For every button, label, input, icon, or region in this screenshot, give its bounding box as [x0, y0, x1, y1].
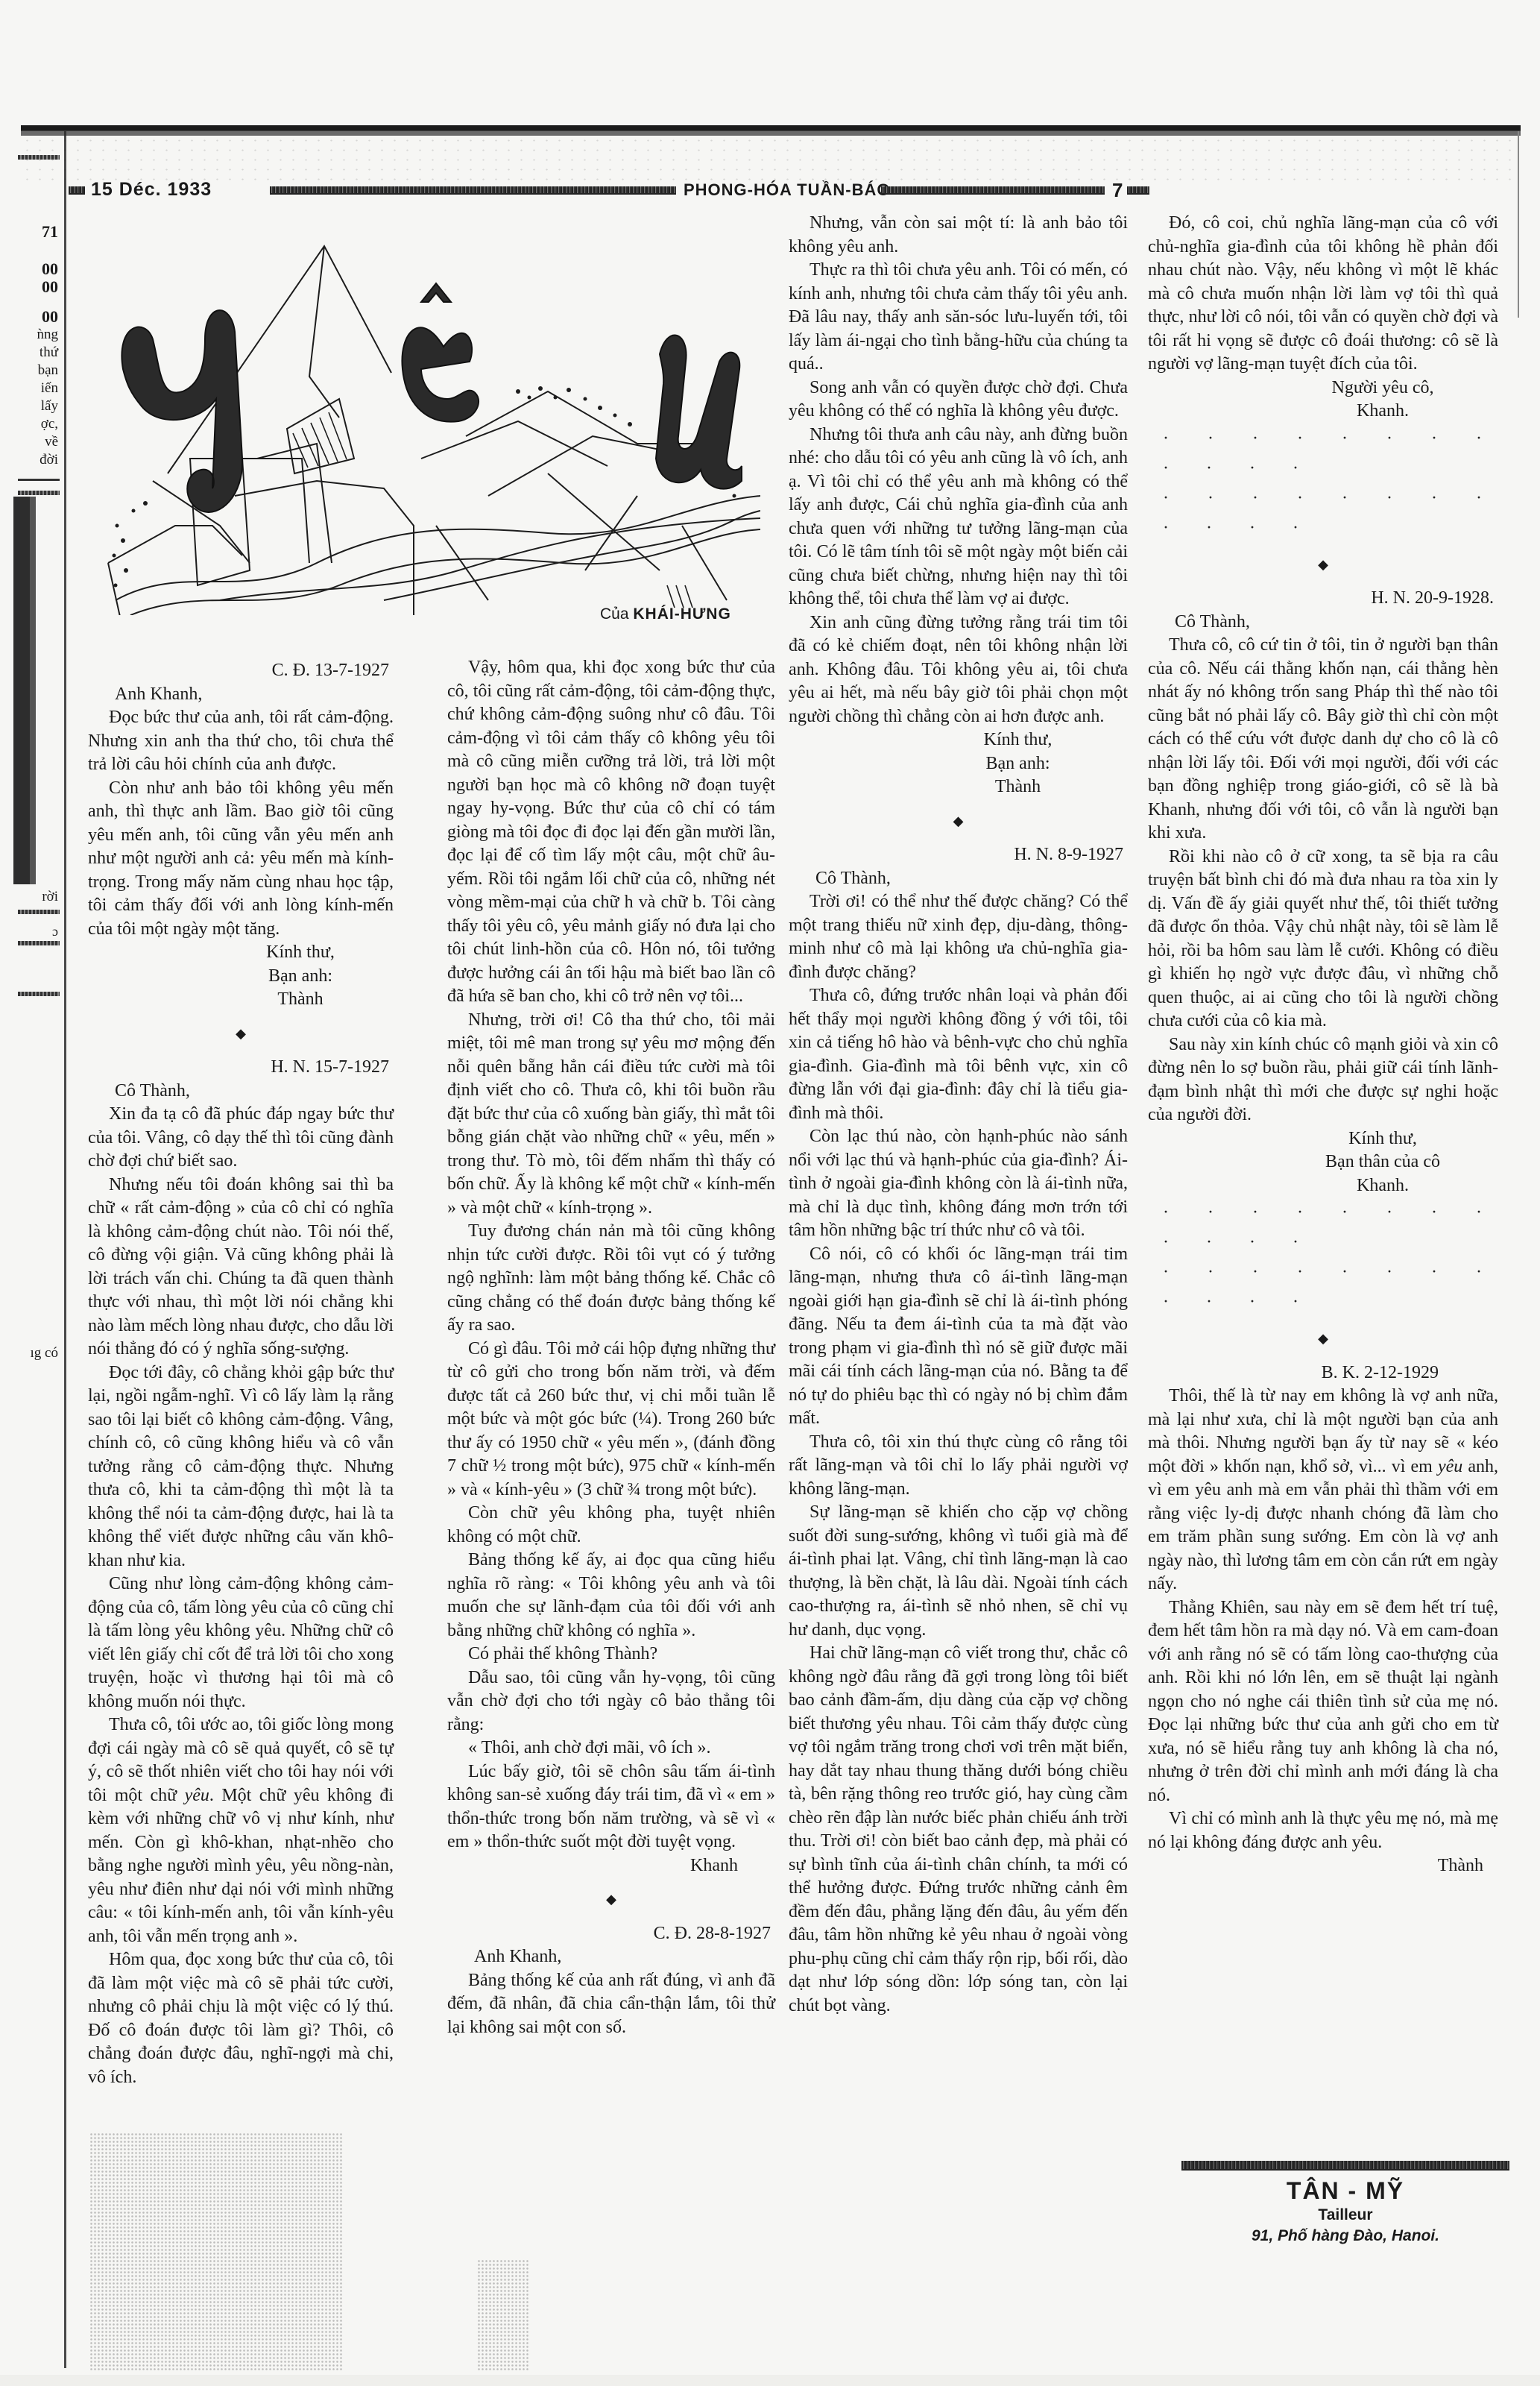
- letter-closing: Bạn thân của cô: [1148, 1150, 1498, 1174]
- ornament-separator: ◆: [447, 1888, 775, 1912]
- paragraph: Rồi khi nào cô ở cữ xong, ta sẽ bịa ra c…: [1148, 846, 1498, 1033]
- title-illustration: Yêu: [71, 213, 760, 615]
- margin-text: rời: [42, 887, 58, 907]
- page-edge: [1518, 131, 1519, 318]
- paragraph: Thằng Khiên, sau này em sẽ đem hết trí t…: [1148, 1596, 1498, 1808]
- header-rule: [1127, 186, 1149, 195]
- byline: Của KHÁI-HƯNG: [600, 605, 731, 623]
- paragraph: Sự lãng-mạn sẽ khiến cho cặp vợ chồng su…: [789, 1501, 1128, 1642]
- text-column-3: Nhưng, vẫn còn sai một tí: là anh bảo tô…: [789, 212, 1128, 2018]
- ornament-separator: ◆: [1148, 1327, 1498, 1351]
- paragraph: Còn lạc thú nào, còn hạnh-phúc nào sánh …: [789, 1125, 1128, 1243]
- paragraph: Đọc bức thư của anh, tôi rất cảm-động. N…: [88, 706, 394, 777]
- text-run: anh, vì em yêu anh mà em vẫn phải thì th…: [1148, 1457, 1498, 1594]
- letter-date: C. Đ. 28-8-1927: [447, 1922, 775, 1946]
- paragraph: Thưa cô, cô cứ tin ở tôi, tin ở người bạ…: [1148, 634, 1498, 846]
- margin-text: thứ: [40, 343, 58, 362]
- letter-signature: Thành: [1148, 1854, 1498, 1878]
- letter-signature: Khanh.: [1148, 1174, 1498, 1198]
- paragraph: Sau này xin kính chúc cô mạnh giỏi và xi…: [1148, 1033, 1498, 1127]
- paragraph: « Thôi, anh chờ đợi mãi, vô ích ».: [447, 1737, 775, 1760]
- paragraph: Có gì đâu. Tôi mở cái hộp đựng những thư…: [447, 1338, 775, 1502]
- paragraph: Thưa cô, tôi xin thú thực cùng cô rằng t…: [789, 1431, 1128, 1502]
- ad-business-name: TÂN - MỸ: [1181, 2177, 1509, 2205]
- margin-rule-mark: [18, 941, 60, 945]
- scan-shadow: [477, 2259, 529, 2371]
- adjacent-page-fragment: 71 00 00 00 ǹng thứ bạn iến lấy ợc, về đ…: [0, 112, 63, 2386]
- ellipsis-row: · · · · · · · · · · · ·: [1148, 483, 1498, 543]
- paragraph: Xin đa tạ cô đã phúc đáp ngay bức thư củ…: [88, 1103, 394, 1174]
- envelope-letters-drawing: Yêu: [71, 213, 760, 615]
- paragraph: Còn như anh bảo tôi không yêu mến anh, t…: [88, 777, 394, 942]
- paragraph: Cô nói, cô có khối óc lãng-mạn trái tim …: [789, 1243, 1128, 1431]
- letter-closing: Kính thư,: [88, 941, 394, 965]
- paragraph: Vậy, hôm qua, khi đọc xong bức thư của c…: [447, 656, 775, 1009]
- letter-signature: Khanh: [447, 1854, 775, 1878]
- margin-rule-mark: [18, 155, 60, 160]
- paragraph: Nhưng nếu tôi đoán không sai thì ba chữ …: [88, 1174, 394, 1362]
- letter-date: C. Đ. 13-7-1927: [88, 659, 394, 683]
- margin-text: bạn: [38, 361, 58, 380]
- author-name: KHÁI-HƯNG: [633, 605, 730, 623]
- letter-date: H. N. 8-9-1927: [789, 843, 1128, 867]
- margin-rule-mark: [18, 910, 60, 914]
- paragraph: Dẫu sao, tôi cũng vẫn hy-vọng, tôi cũng …: [447, 1666, 775, 1737]
- text-column-2: Vậy, hôm qua, khi đọc xong bức thư của c…: [447, 656, 775, 2039]
- ornament-separator: ◆: [1148, 553, 1498, 577]
- header-rule: [881, 186, 1105, 195]
- ad-trade: Tailleur: [1181, 2206, 1509, 2224]
- paragraph: Thưa cô, tôi ước ao, tôi giốc lòng mong …: [88, 1713, 394, 1948]
- ad-rule: [1181, 2161, 1509, 2171]
- paragraph: Xin anh cũng đừng tưởng rằng trái tim tô…: [789, 611, 1128, 729]
- paragraph: Hôm qua, đọc xong bức thư của cô, tôi đã…: [88, 1948, 394, 2089]
- page-number: 7: [1112, 179, 1123, 202]
- paragraph: Tuy đương chán nản mà tôi cũng không nhị…: [447, 1220, 775, 1338]
- margin-text: 00: [42, 259, 58, 279]
- letter-closing: Kính thư,: [1148, 1127, 1498, 1151]
- paragraph: Bảng thống kế của anh rất đúng, vì anh đ…: [447, 1969, 775, 2040]
- letter-closing: Kính thư,: [789, 728, 1128, 752]
- letter-salutation: Cô Thành,: [88, 1080, 394, 1104]
- letter-closing: Bạn anh:: [88, 965, 394, 989]
- emphasis: yêu: [1438, 1457, 1462, 1476]
- ellipsis-row: · · · · · · · · · · · ·: [1148, 1197, 1498, 1257]
- paragraph: Song anh vẫn có quyền được chờ đợi. Chưa…: [789, 377, 1128, 424]
- margin-text: 00: [42, 277, 58, 297]
- letter-salutation: Cô Thành,: [789, 867, 1128, 891]
- letter-date: H. N. 20-9-1928.: [1148, 587, 1498, 611]
- margin-text: lấy: [41, 397, 58, 416]
- text-column-1: C. Đ. 13-7-1927 Anh Khanh, Đọc bức thư c…: [88, 656, 394, 2089]
- margin-rule-mark: [18, 491, 60, 495]
- header-rule: [69, 186, 85, 195]
- advertisement: TÂN - MỸ Tailleur 91, Phố hàng Đào, Hano…: [1181, 2177, 1509, 2245]
- page-bottom-edge: [0, 2375, 1540, 2386]
- paragraph: Trời ơi! có thể như thế được chăng? Có t…: [789, 890, 1128, 984]
- ellipsis-row: · · · · · · · · · · · ·: [1148, 424, 1498, 483]
- top-rule: [21, 125, 1521, 136]
- paragraph: Đó, cô coi, chủ nghĩa lãng-mạn của cô vớ…: [1148, 212, 1498, 377]
- letter-signature: Khanh.: [1148, 400, 1498, 424]
- ellipsis-row: · · · · · · · · · · · ·: [1148, 1257, 1498, 1317]
- ornament-separator: ◆: [88, 1022, 394, 1046]
- text-column-4: Đó, cô coi, chủ nghĩa lãng-mạn của cô vớ…: [1148, 212, 1498, 1878]
- paragraph: Hai chữ lãng-mạn cô viết trong thư, chắc…: [789, 1642, 1128, 2018]
- margin-text: ıg có: [31, 1344, 58, 1363]
- letter-salutation: Anh Khanh,: [88, 683, 394, 707]
- paragraph: Nhưng, vẫn còn sai một tí: là anh bảo tô…: [789, 212, 1128, 259]
- paragraph: Có phải thế không Thành?: [447, 1643, 775, 1666]
- scan-shadow: [89, 2132, 343, 2371]
- margin-text: về: [45, 432, 58, 452]
- letter-date: H. N. 15-7-1927: [88, 1056, 394, 1080]
- margin-text: 00: [42, 307, 58, 327]
- paragraph: Còn chữ yêu không pha, tuyệt nhiên không…: [447, 1502, 775, 1549]
- paragraph: Bảng thống kế ấy, ai đọc qua cũng hiểu n…: [447, 1549, 775, 1643]
- header-rule: [270, 186, 676, 195]
- letter-closing: Người yêu cô,: [1148, 377, 1498, 400]
- paragraph: Thực ra thì tôi chưa yêu anh. Tôi có mến…: [789, 259, 1128, 377]
- paragraph: Nhưng tôi thưa anh câu này, anh đừng buồ…: [789, 424, 1128, 611]
- issue-date: 15 Déc. 1933: [91, 179, 212, 201]
- letter-signature: Thành: [789, 775, 1128, 799]
- ad-address: 91, Phố hàng Đào, Hanoi.: [1181, 2227, 1509, 2245]
- scan-noise: [21, 136, 1521, 180]
- emphasis: yêu: [185, 1786, 209, 1805]
- paragraph: Vì chỉ có mình anh là thực yêu mẹ nó, mà…: [1148, 1807, 1498, 1854]
- paragraph: Đọc tới đây, cô chẳng khỏi gập bức thư l…: [88, 1362, 394, 1573]
- margin-text: ǹng: [37, 325, 59, 344]
- ornament-separator: ◆: [789, 810, 1128, 834]
- byline-prefix: Của: [600, 605, 629, 623]
- margin-text: iến: [41, 379, 58, 398]
- letter-signature: Thành: [88, 988, 394, 1012]
- margin-rule-mark: [18, 479, 60, 481]
- page-header: 15 Déc. 1933 PHONG-HÓA TUẦN-BÁO 7: [69, 179, 1515, 204]
- paragraph: Cũng như lòng cảm-động không cảm-động củ…: [88, 1573, 394, 1713]
- letter-date: B. K. 2-12-1929: [1148, 1362, 1498, 1385]
- margin-text: ɔ: [52, 922, 58, 941]
- margin-rule-mark: [18, 992, 60, 996]
- letter-closing: Bạn anh:: [789, 752, 1128, 776]
- paragraph: Lúc bấy giờ, tôi sẽ chôn sâu tấm ái-tình…: [447, 1760, 775, 1854]
- margin-text: ợc,: [41, 415, 58, 434]
- margin-frame-bar: [13, 497, 36, 884]
- paragraph: Thưa cô, đứng trước nhân loại và phản đố…: [789, 984, 1128, 1125]
- article-title: Yêu: [71, 213, 72, 213]
- text-run: . Một chữ yêu không đi kèm với những chữ…: [88, 1786, 394, 1946]
- page-gutter-rule: [64, 131, 66, 2368]
- paragraph: Nhưng, trời ơi! Cô tha thứ cho, tôi mải …: [447, 1009, 775, 1221]
- letter-salutation: Anh Khanh,: [447, 1945, 775, 1969]
- paragraph: Thôi, thế là từ nay em không là vợ anh n…: [1148, 1385, 1498, 1596]
- margin-text: đời: [40, 450, 58, 470]
- margin-text: 71: [42, 222, 58, 242]
- publication-name: PHONG-HÓA TUẦN-BÁO: [684, 180, 891, 200]
- letter-salutation: Cô Thành,: [1148, 611, 1498, 635]
